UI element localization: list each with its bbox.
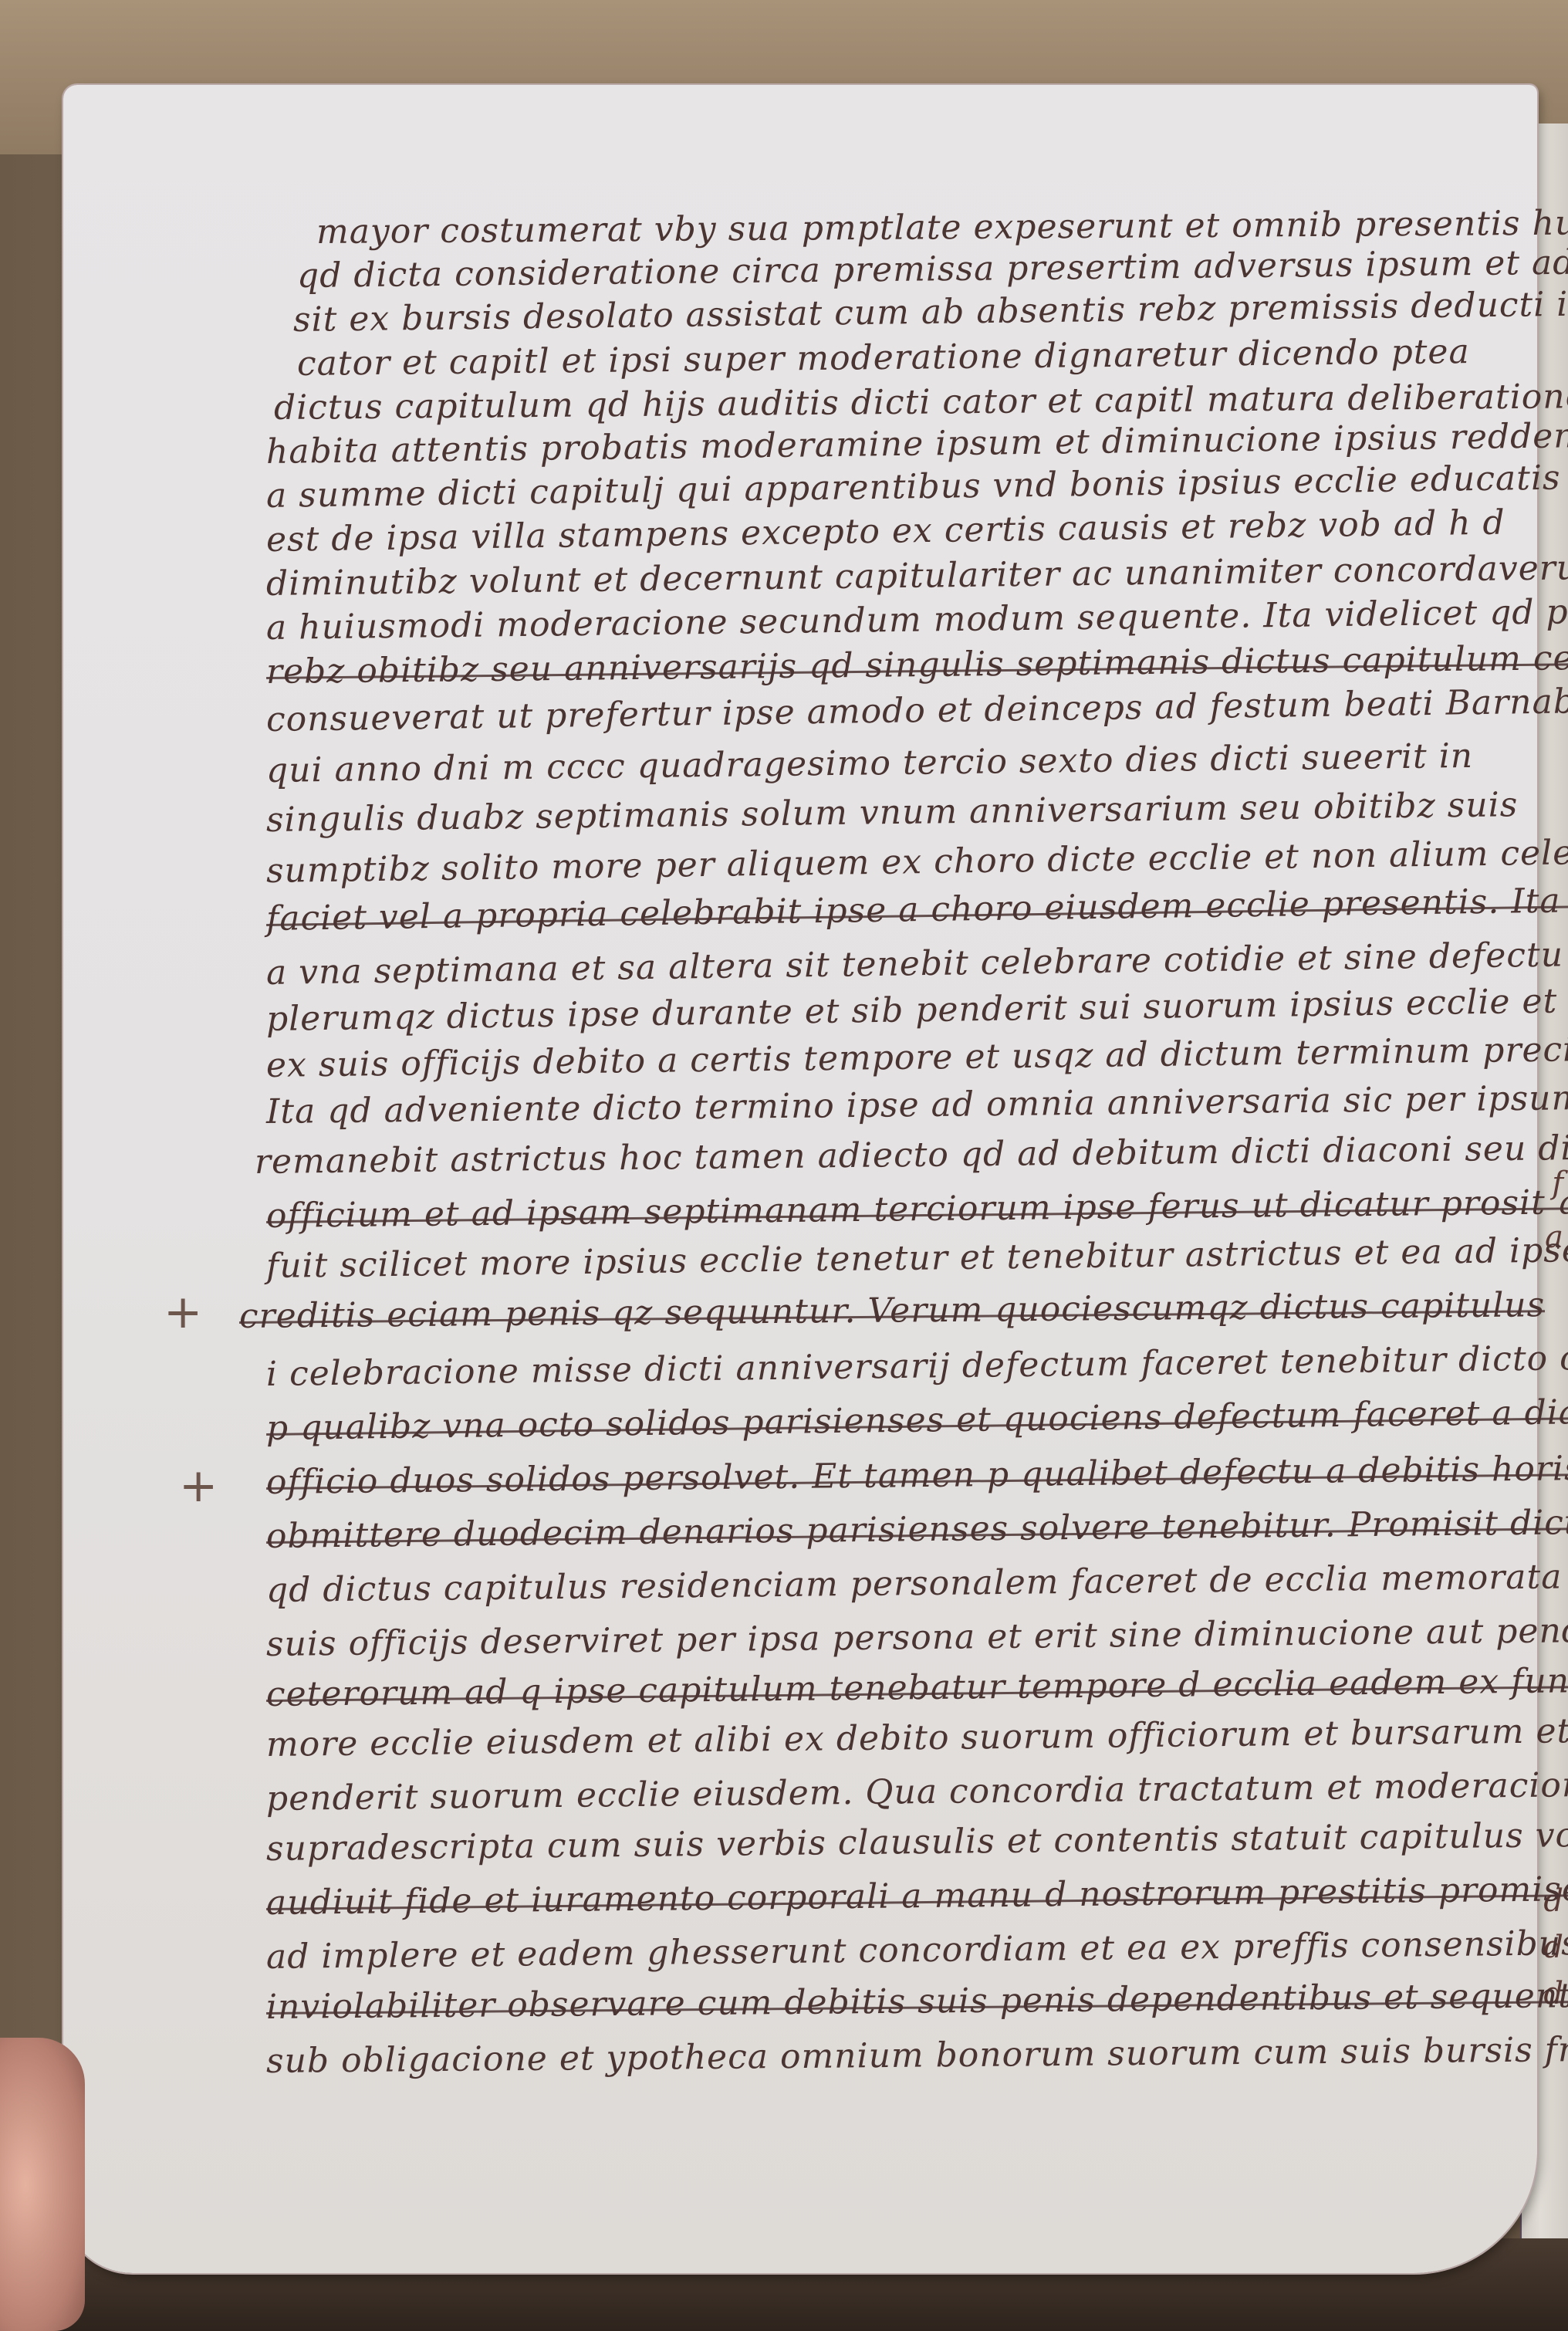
- margin-cross-icon: +: [179, 1459, 218, 1513]
- margin-cross-icon: +: [164, 1285, 202, 1339]
- thumb-holding-page: [0, 2038, 85, 2331]
